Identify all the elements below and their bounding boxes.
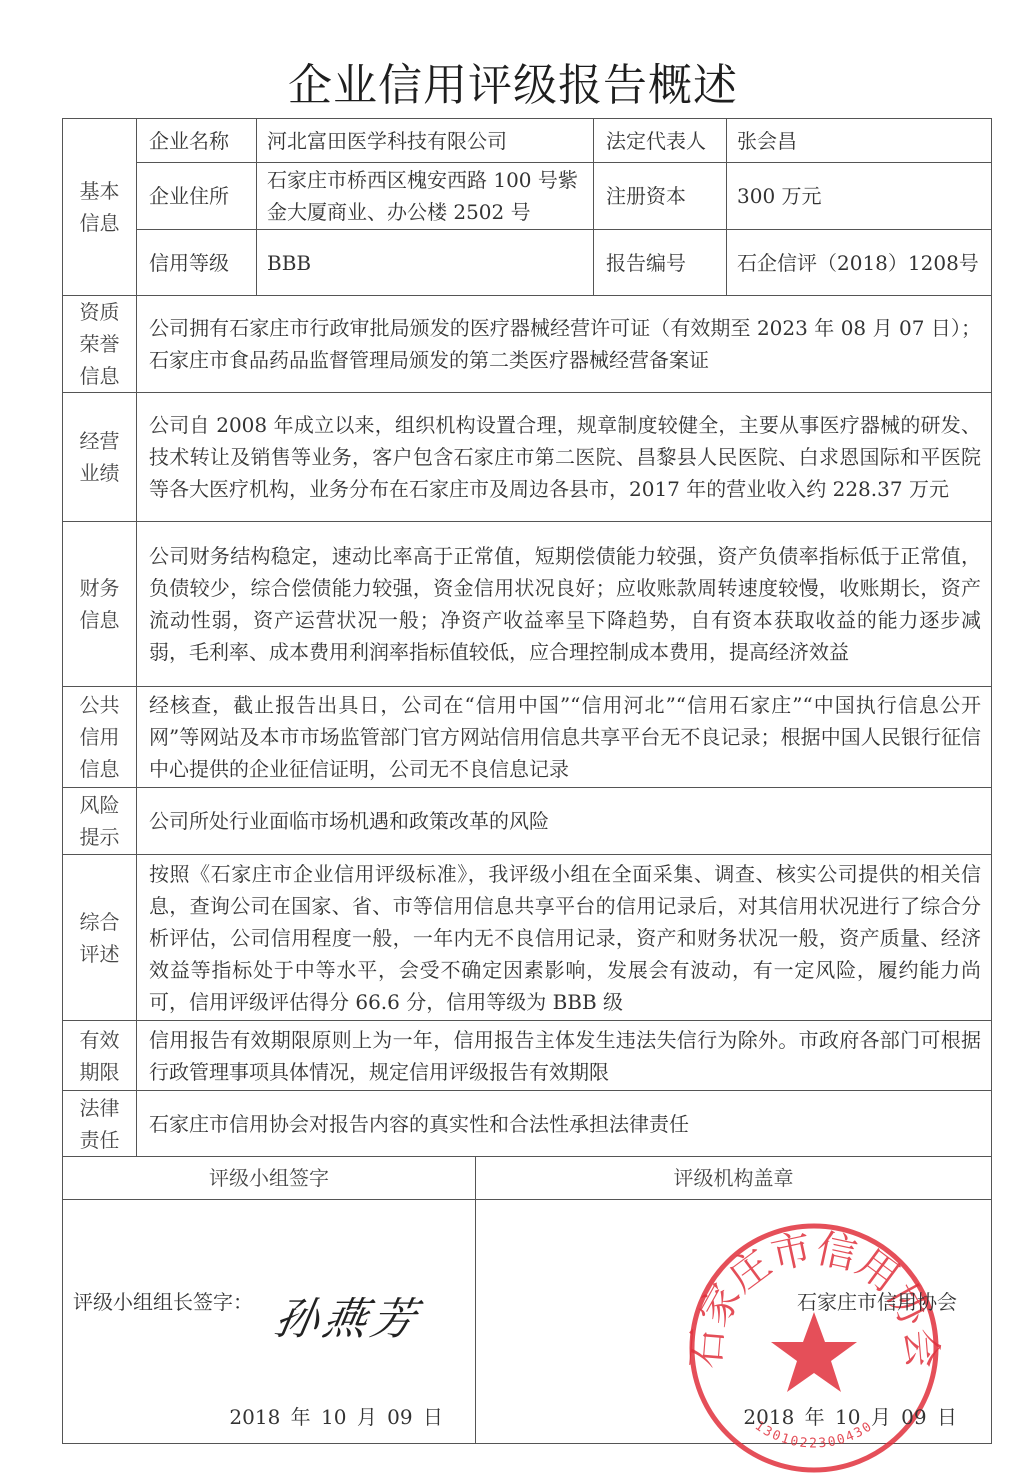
- label-line: 评述: [63, 938, 136, 970]
- official-seal-icon: 石家庄市信用协会 1301022300430: [686, 1220, 942, 1476]
- label-line: 有效: [63, 1024, 136, 1056]
- field-value-report-number: 石企信评（2018）1208号: [727, 230, 992, 296]
- rating-agency-name: 石家庄市信用协会: [797, 1286, 957, 1318]
- label-line: 荣誉: [63, 328, 136, 360]
- section-label: 综合 评述: [63, 855, 137, 1021]
- team-signature-cell: 评级小组组长签字： 孙燕芳 2018 年 10 月 09 日: [63, 1200, 476, 1444]
- label-line: 信息: [63, 360, 136, 392]
- label-line: 资质: [63, 296, 136, 328]
- section-row-risk: 风险 提示 公司所处行业面临市场机遇和政策改革的风险: [63, 788, 992, 855]
- field-label-legal-rep: 法定代表人: [594, 119, 727, 163]
- field-value-registered-capital: 300 万元: [727, 163, 992, 230]
- label-line: 信息: [63, 753, 136, 785]
- label-line: 综合: [63, 906, 136, 938]
- signature-date: 2018 年 10 月 09 日: [229, 1401, 443, 1433]
- label-line: 信用: [63, 721, 136, 753]
- section-text: 公司自 2008 年成立以来，组织机构设置合理，规章制度较健全，主要从事医疗器械…: [137, 393, 992, 522]
- rating-team-signature-header: 评级小组签字: [63, 1157, 476, 1200]
- field-label-address: 企业住所: [137, 163, 257, 230]
- field-value-legal-rep: 张会昌: [727, 119, 992, 163]
- field-label-company-name: 企业名称: [137, 119, 257, 163]
- field-value-address: 石家庄市桥西区槐安西路 100 号紫金大厦商业、办公楼 2502 号: [257, 163, 594, 230]
- label-line: 基本: [63, 175, 136, 207]
- label-line: 信息: [63, 207, 136, 239]
- section-text: 经核查，截止报告出具日，公司在“信用中国”“信用河北”“信用石家庄”“中国执行信…: [137, 687, 992, 788]
- section-row-financial-info: 财务 信息 公司财务结构稳定，速动比率高于正常值，短期偿债能力较强，资产负债率指…: [63, 522, 992, 687]
- section-label: 财务 信息: [63, 522, 137, 687]
- agency-seal-cell: 石家庄市信用协会 1301022300430 石家庄市信用协会 2018 年 1…: [476, 1200, 992, 1444]
- basic-info-row: 企业住所 石家庄市桥西区槐安西路 100 号紫金大厦商业、办公楼 2502 号 …: [63, 163, 992, 230]
- field-label-report-number: 报告编号: [594, 230, 727, 296]
- label-line: 责任: [63, 1124, 136, 1156]
- section-row-qualifications: 资质 荣誉 信息 公司拥有石家庄市行政审批局颁发的医疗器械经营许可证（有效期至 …: [63, 296, 992, 393]
- section-row-business-performance: 经营 业绩 公司自 2008 年成立以来，组织机构设置合理，规章制度较健全，主要…: [63, 393, 992, 522]
- section-label: 法律 责任: [63, 1091, 137, 1157]
- section-label: 风险 提示: [63, 788, 137, 855]
- label-line: 信息: [63, 604, 136, 636]
- section-label-basic-info: 基本 信息: [63, 119, 137, 296]
- label-line: 财务: [63, 572, 136, 604]
- report-table: 基本 信息 企业名称 河北富田医学科技有限公司 法定代表人 张会昌 企业住所 石…: [62, 118, 992, 1157]
- section-text: 按照《石家庄市企业信用评级标准》，我评级小组在全面采集、调查、核实公司提供的相关…: [137, 855, 992, 1021]
- field-label-registered-capital: 注册资本: [594, 163, 727, 230]
- label-line: 法律: [63, 1092, 136, 1124]
- label-line: 提示: [63, 821, 136, 853]
- signature-table: 评级小组签字 评级机构盖章 评级小组组长签字： 孙燕芳 2018 年 10 月 …: [62, 1156, 992, 1444]
- section-label: 经营 业绩: [63, 393, 137, 522]
- seal-date: 2018 年 10 月 09 日: [743, 1401, 957, 1433]
- section-row-summary: 综合 评述 按照《石家庄市企业信用评级标准》，我评级小组在全面采集、调查、核实公…: [63, 855, 992, 1021]
- rating-agency-seal-header: 评级机构盖章: [476, 1157, 992, 1200]
- label-line: 业绩: [63, 457, 136, 489]
- handwritten-signature: 孙燕芳: [272, 1304, 422, 1336]
- section-row-validity: 有效 期限 信用报告有效期限原则上为一年，信用报告主体发生违法失信行为除外。市政…: [63, 1021, 992, 1091]
- label-line: 风险: [63, 789, 136, 821]
- leader-signature-label: 评级小组组长签字：: [73, 1286, 253, 1318]
- section-row-public-credit: 公共 信用 信息 经核查，截止报告出具日，公司在“信用中国”“信用河北”“信用石…: [63, 687, 992, 788]
- section-text: 公司拥有石家庄市行政审批局颁发的医疗器械经营许可证（有效期至 2023 年 08…: [137, 296, 992, 393]
- section-text: 石家庄市信用协会对报告内容的真实性和合法性承担法律责任: [137, 1091, 992, 1157]
- section-label: 公共 信用 信息: [63, 687, 137, 788]
- label-line: 期限: [63, 1056, 136, 1088]
- field-label-credit-rating: 信用等级: [137, 230, 257, 296]
- section-text: 公司财务结构稳定，速动比率高于正常值，短期偿债能力较强，资产负债率指标低于正常值…: [137, 522, 992, 687]
- page-title: 企业信用评级报告概述: [0, 58, 1026, 114]
- field-value-company-name: 河北富田医学科技有限公司: [257, 119, 594, 163]
- section-label: 资质 荣誉 信息: [63, 296, 137, 393]
- section-label: 有效 期限: [63, 1021, 137, 1091]
- label-line: 公共: [63, 689, 136, 721]
- basic-info-row: 基本 信息 企业名称 河北富田医学科技有限公司 法定代表人 张会昌: [63, 119, 992, 163]
- section-row-legal: 法律 责任 石家庄市信用协会对报告内容的真实性和合法性承担法律责任: [63, 1091, 992, 1157]
- field-value-credit-rating: BBB: [257, 230, 594, 296]
- label-line: 经营: [63, 425, 136, 457]
- section-text: 信用报告有效期限原则上为一年，信用报告主体发生违法失信行为除外。市政府各部门可根…: [137, 1021, 992, 1091]
- section-text: 公司所处行业面临市场机遇和政策改革的风险: [137, 788, 992, 855]
- basic-info-row: 信用等级 BBB 报告编号 石企信评（2018）1208号: [63, 230, 992, 296]
